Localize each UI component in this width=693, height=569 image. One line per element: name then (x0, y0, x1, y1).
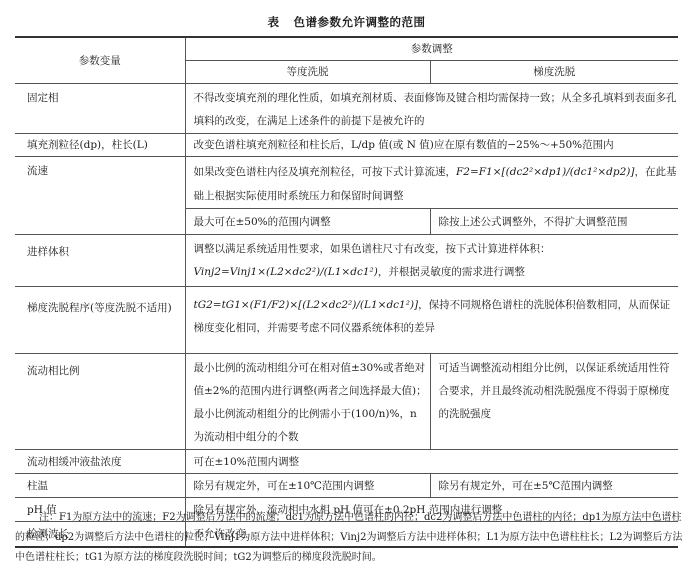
row-gradient: 除按上述公式调整外，不得扩大调整范围 (430, 209, 678, 235)
table-title-prefix: 表 (268, 15, 280, 29)
row-isocratic: 最小比例的流动相组分可在相对值±30%或者绝对值±2%的范围内进行调整(两者之间… (185, 354, 430, 450)
gradient-formula: tG2=tG1×(F1/F2)×[(L2×dc2²)/(L1×dc1²)] (194, 299, 419, 311)
header-adjust: 参数调整 (185, 37, 678, 61)
injection-formula: Vinj2=Vinj1×(L2×dc2²)/(L1×dc1²) (194, 266, 378, 278)
row-param: 流速 (15, 157, 185, 235)
header-gradient: 梯度洗脱 (430, 61, 678, 84)
flow-formula: F2=F1×[(dc2²×dp1)/(dc1²×dp2)] (456, 166, 634, 178)
row-value: tG2=tG1×(F1/F2)×[(L2×dc2²)/(L1×dc1²)]，保持… (185, 287, 678, 354)
table-title-text: 色谱参数允许调整的范围 (294, 15, 426, 29)
table-row: 柱温 除另有规定外，可在±10℃范围内调整 除另有规定外，可在±5℃范围内调整 (15, 474, 678, 498)
header-row: 参数变量 参数调整 (15, 37, 678, 61)
table-title: 表色谱参数允许调整的范围 (0, 14, 693, 30)
parameter-table: 参数变量 参数调整 等度洗脱 梯度洗脱 固定相 不得改变填充剂的理化性质，如填充… (15, 36, 678, 548)
row-value: 改变色谱柱填充剂粒径和柱长后，L/dp 值(或 N 值)应在原有数值的−25%～… (185, 134, 678, 157)
table-row: 固定相 不得改变填充剂的理化性质，如填充剂材质、表面修饰及键合相均需保持一致；从… (15, 84, 678, 134)
row-value: 调整以满足系统适用性要求，如果色谱柱尺寸有改变，按下式计算进样体积：Vinj2=… (185, 235, 678, 287)
row-param: 柱温 (15, 474, 185, 498)
table-row: 流动相缓冲液盐浓度 可在±10%范围内调整 (15, 450, 678, 474)
row-value: 如果改变色谱柱内径及填充剂粒径，可按下式计算流速，F2=F1×[(dc2²×dp… (185, 157, 678, 209)
row-param: 进样体积 (15, 235, 185, 287)
table-row: 进样体积 调整以满足系统适用性要求，如果色谱柱尺寸有改变，按下式计算进样体积：V… (15, 235, 678, 287)
header-param: 参数变量 (15, 37, 185, 84)
row-gradient: 可适当调整流动相组分比例，以保证系统适用性符合要求，并且最终流动相洗脱强度不得弱… (430, 354, 678, 450)
row-value: 可在±10%范围内调整 (185, 450, 678, 474)
injection-text-tail: ，并根据灵敏度的需求进行调整 (378, 266, 525, 278)
row-param: 固定相 (15, 84, 185, 134)
injection-text: 调整以满足系统适用性要求，如果色谱柱尺寸有改变，按下式计算进样体积： (194, 238, 679, 261)
row-param: 流动相比例 (15, 354, 185, 450)
table-row: 流动相比例 最小比例的流动相组分可在相对值±30%或者绝对值±2%的范围内进行调… (15, 354, 678, 450)
row-param: 流动相缓冲液盐浓度 (15, 450, 185, 474)
flow-text: 如果改变色谱柱内径及填充剂粒径，可按下式计算流速， (194, 166, 457, 178)
row-isocratic: 除另有规定外，可在±10℃范围内调整 (185, 474, 430, 498)
header-isocratic: 等度洗脱 (185, 61, 430, 84)
row-param: 梯度洗脱程序(等度洗脱不适用) (15, 287, 185, 354)
table-note: 注：F1为原方法中的流速；F2为调整后方法中的流速；dc1为原方法中色谱柱的内径… (15, 508, 683, 568)
table-row: 流速 如果改变色谱柱内径及填充剂粒径，可按下式计算流速，F2=F1×[(dc2²… (15, 157, 678, 209)
table-row: 填充剂粒径(dp)，柱长(L) 改变色谱柱填充剂粒径和柱长后，L/dp 值(或 … (15, 134, 678, 157)
table-row: 梯度洗脱程序(等度洗脱不适用) tG2=tG1×(F1/F2)×[(L2×dc2… (15, 287, 678, 354)
row-isocratic: 最大可在±50%的范围内调整 (185, 209, 430, 235)
row-param: 填充剂粒径(dp)，柱长(L) (15, 134, 185, 157)
row-gradient: 除另有规定外，可在±5℃范围内调整 (430, 474, 678, 498)
row-value: 不得改变填充剂的理化性质，如填充剂材质、表面修饰及键合相均需保持一致；从全多孔填… (185, 84, 678, 134)
